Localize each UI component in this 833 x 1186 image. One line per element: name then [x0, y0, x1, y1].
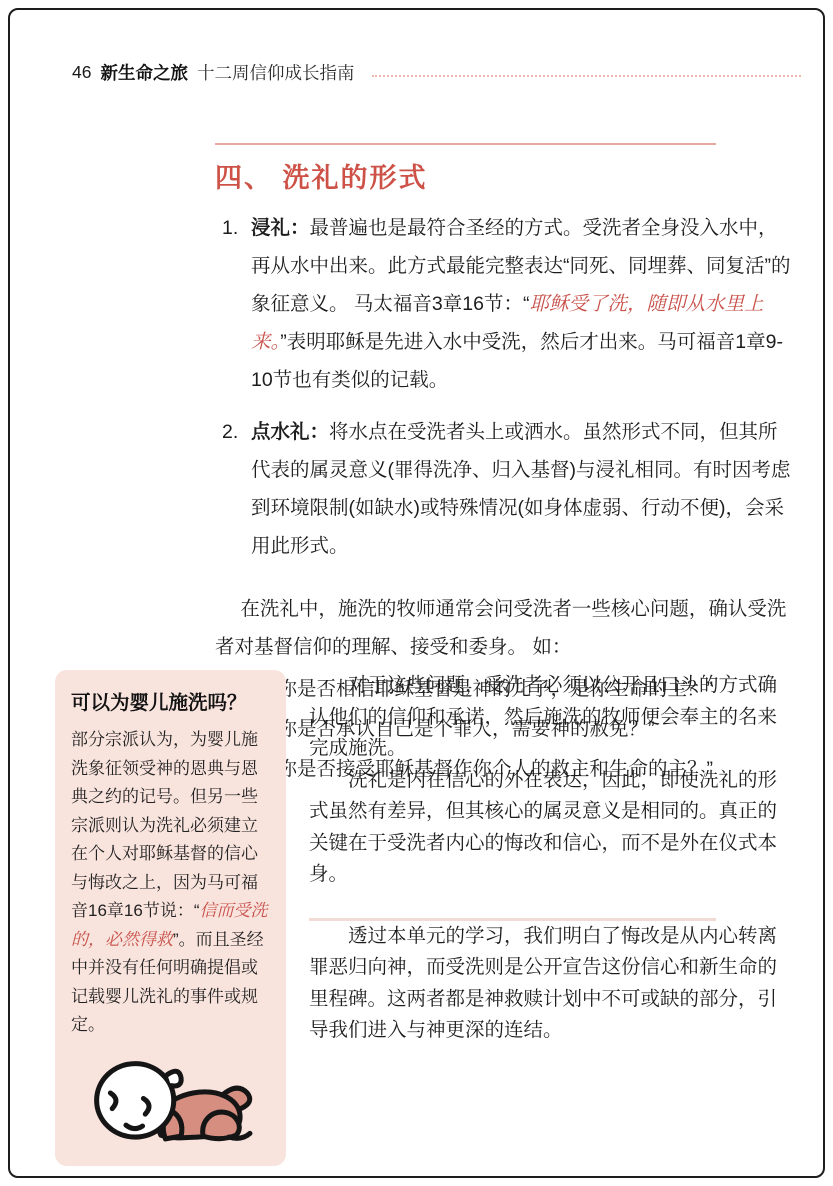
paragraph-inner-faith: 洗礼是内在信心的外在表达，因此，即使洗礼的形式虽然有差异，但其核心的属灵意义是相… — [309, 765, 795, 891]
sidebar-text: 部分宗派认为，为婴儿施洗象征领受神的恩典与恩典之约的记号。但另一些宗派则认为洗礼… — [71, 730, 258, 920]
paragraph-summary: 透过本单元的学习，我们明白了悔改是从内心转离罪恶归向神，而受洗则是公开宣告这份信… — [309, 921, 795, 1047]
baby-crawling-icon — [83, 1048, 259, 1149]
book-title: 新生命之旅 — [100, 60, 188, 85]
sidebar-title: 可以为婴儿施洗吗？ — [71, 687, 270, 715]
list-item-label: 点水礼： — [251, 421, 329, 443]
two-column-section: 可以为婴儿施洗吗？ 部分宗派认为，为婴儿施洗象征领受神的恩典与恩典之约的记号。但… — [55, 670, 795, 1166]
section-top-rule — [215, 143, 716, 145]
intro-paragraph: 在洗礼中，施洗的牧师通常会问受洗者一些核心问题，确认受洗者对基督信仰的理解、接受… — [215, 590, 795, 666]
numbered-list: 1. 浸礼：最普遍也是最符合圣经的方式。受洗者全身没入水中，再从水中出来。此方式… — [215, 209, 795, 565]
list-item-sprinkling: 2. 点水礼：将水点在受洗者头上或洒水。虽然形式不同，但其所代表的属灵意义(罪得… — [215, 413, 795, 565]
list-item-number: 2. — [222, 413, 238, 451]
list-item-text: 将水点在受洗者头上或洒水。虽然形式不同，但其所代表的属灵意义(罪得洗净、归入基督… — [251, 421, 791, 557]
infant-baptism-sidebar: 可以为婴儿施洗吗？ 部分宗派认为，为婴儿施洗象征领受神的恩典与恩典之约的记号。但… — [55, 670, 286, 1166]
list-item-text: ”表明耶稣是先进入水中受洗，然后才出来。马可福音1章9-10节也有类似的记载。 — [251, 331, 783, 391]
paragraph-confession: 对于这些问题，受洗者必须以公开且口头的方式确认他们的信仰和承诺，然后施洗的牧师便… — [309, 670, 795, 765]
list-item-immersion: 1. 浸礼：最普遍也是最符合圣经的方式。受洗者全身没入水中，再从水中出来。此方式… — [215, 209, 795, 399]
list-item-label: 浸礼： — [251, 217, 310, 239]
book-page: 46 新生命之旅 十二周信仰成长指南 四、 洗礼的形式 1. 浸礼：最普遍也是最… — [8, 8, 825, 1178]
book-subtitle: 十二周信仰成长指南 — [197, 60, 355, 85]
page-header: 46 新生命之旅 十二周信仰成长指南 — [72, 60, 801, 85]
dotted-leader-line — [372, 75, 801, 77]
body-text-column: 对于这些问题，受洗者必须以公开且口头的方式确认他们的信仰和承诺，然后施洗的牧师便… — [309, 670, 795, 1047]
page-number: 46 — [72, 62, 91, 83]
section-heading: 四、 洗礼的形式 — [215, 156, 795, 195]
sidebar-body: 部分宗派认为，为婴儿施洗象征领受神的恩典与恩典之约的记号。但另一些宗派则认为洗礼… — [71, 726, 270, 1040]
list-item-number: 1. — [222, 209, 238, 247]
baby-illustration-wrap — [71, 1048, 270, 1154]
